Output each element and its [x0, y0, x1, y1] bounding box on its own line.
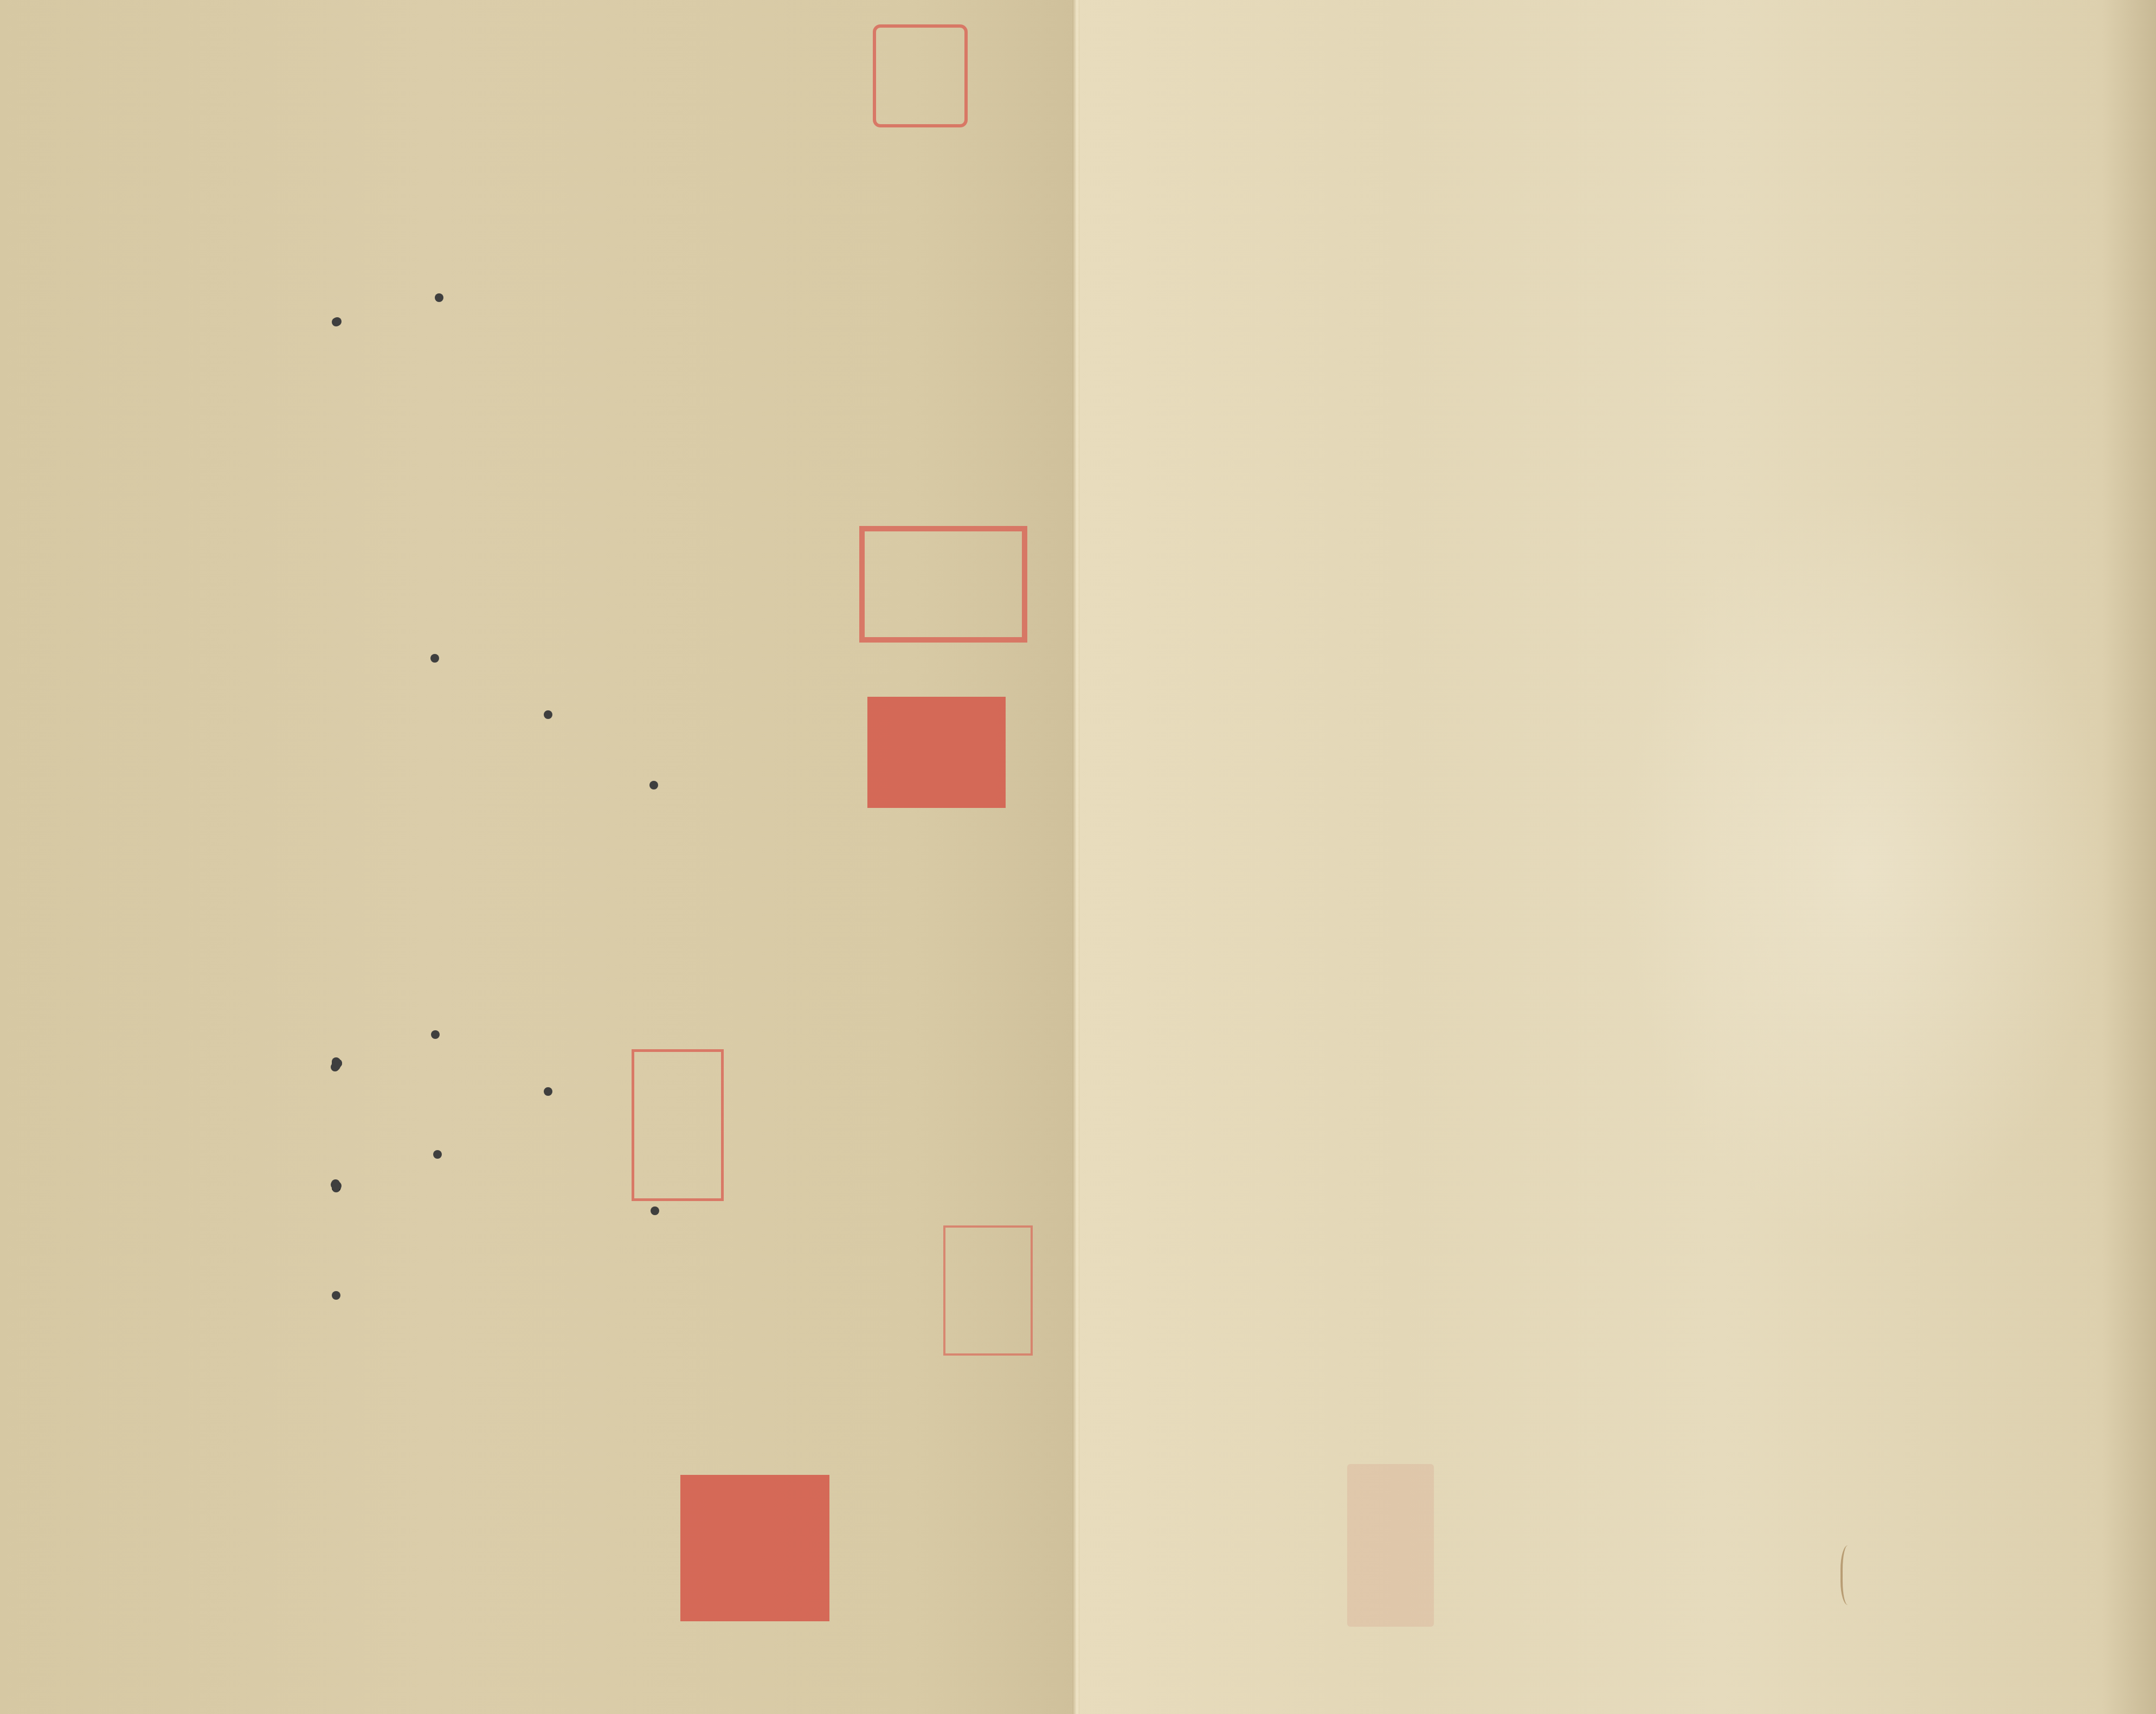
seal-solid-mid: [867, 697, 1006, 808]
punctuation-dot: [435, 293, 443, 302]
punctuation-dot: [649, 781, 658, 789]
punctuation-dot: [544, 1087, 552, 1096]
faint-seal-mark: [1347, 1464, 1434, 1627]
seal-bottom-author: [680, 1475, 829, 1621]
right-page-blank: [1076, 0, 2156, 1714]
seal-tall-left: [632, 1049, 724, 1201]
seal-square-mid: [859, 526, 1027, 643]
punctuation-dot: [332, 1182, 340, 1191]
seal-author-side: [943, 1225, 1033, 1356]
punctuation-dot: [433, 1150, 442, 1159]
library-seal: [873, 24, 968, 127]
paper-stain: [1618, 488, 2106, 1247]
punctuation-dot: [430, 654, 439, 663]
paper-fiber-mark: [1840, 1545, 1859, 1605]
punctuation-dot: [651, 1206, 659, 1215]
page-fold: [1072, 0, 1080, 1714]
punctuation-dot: [431, 1030, 440, 1039]
punctuation-dot: [332, 1062, 340, 1070]
punctuation-dot: [332, 1291, 340, 1300]
punctuation-dot: [544, 710, 552, 719]
left-page: [0, 0, 1076, 1714]
punctuation-dot: [333, 317, 342, 326]
